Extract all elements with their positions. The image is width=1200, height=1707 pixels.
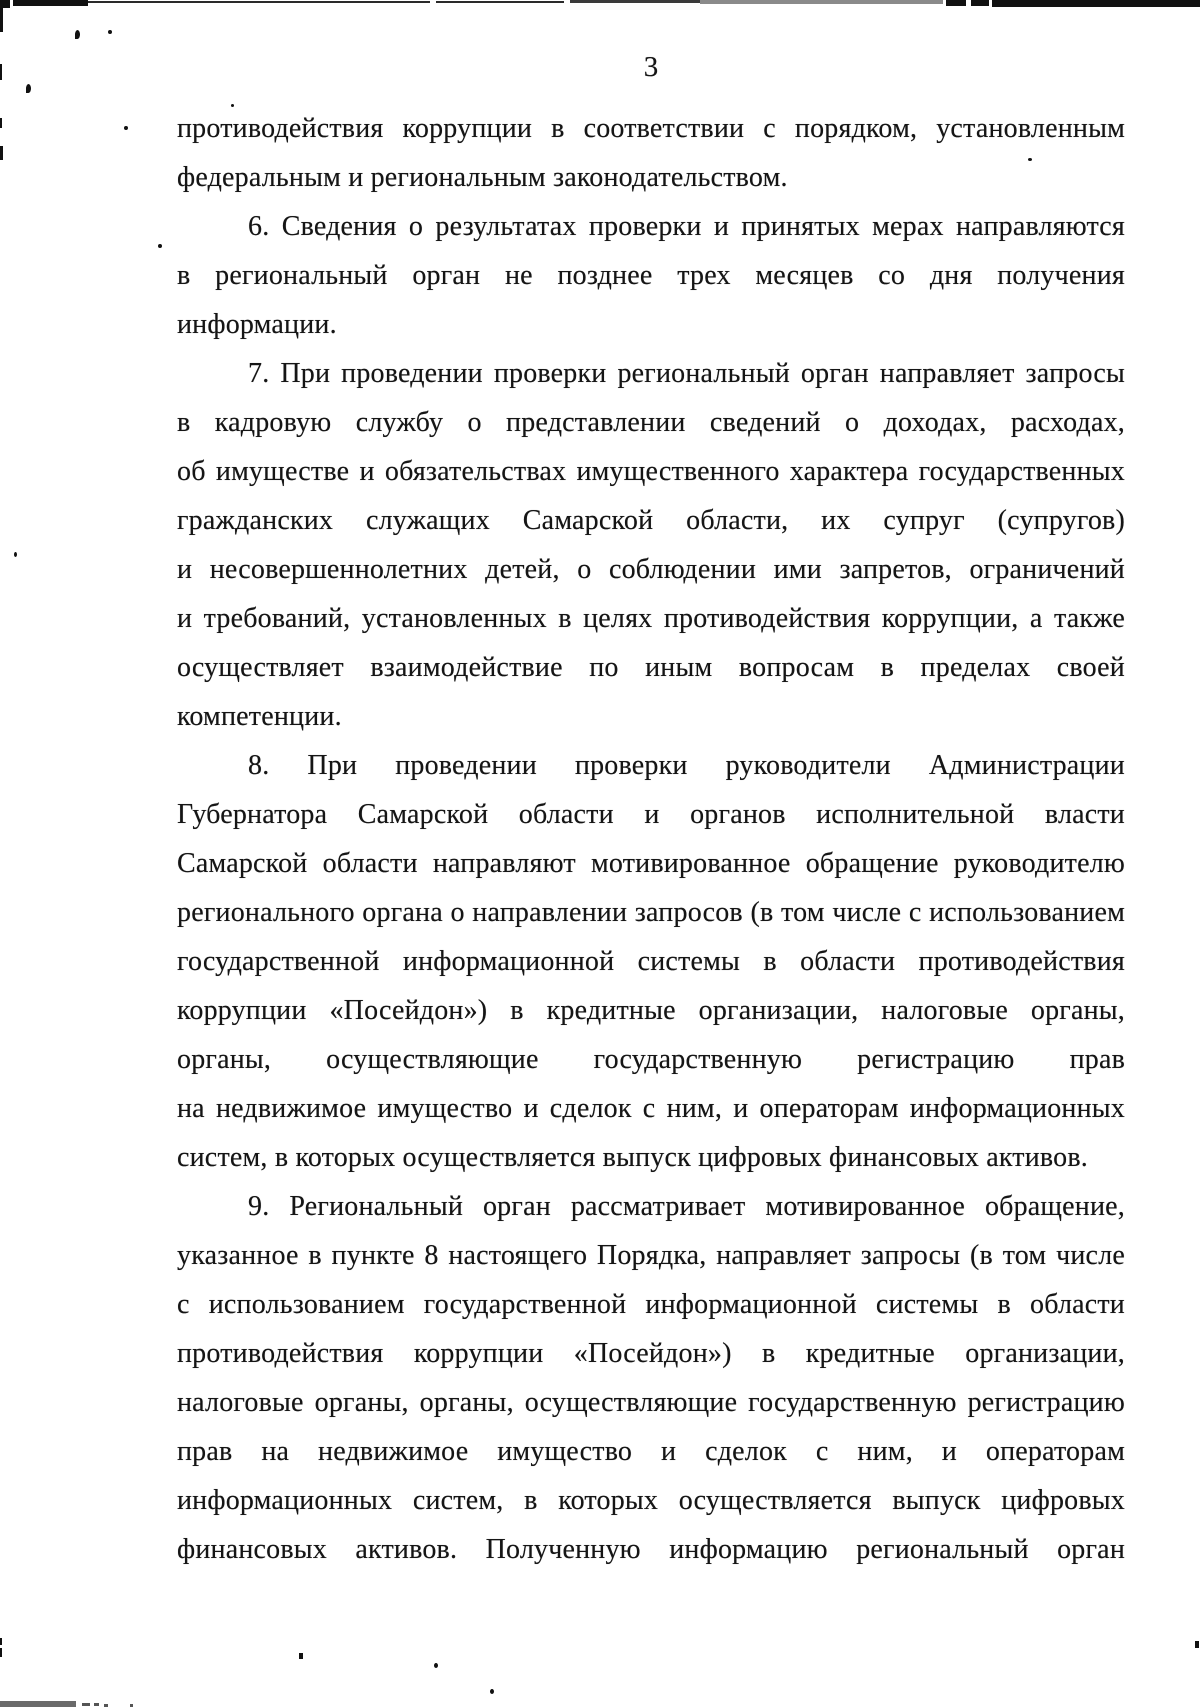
top-edge-scan-line (971, 0, 989, 6)
scan-speck (26, 84, 31, 93)
text-line: на недвижимое имущество и сделок с ним, … (177, 1084, 1125, 1133)
text-line: в кадровую службу о представлении сведен… (177, 398, 1125, 447)
left-edge-scan-mark (0, 118, 2, 128)
text-line: об имуществе и обязательствах имуществен… (177, 447, 1125, 496)
text-line: прав на недвижимое имущество и сделок с … (177, 1427, 1125, 1476)
left-edge-scan-mark (0, 146, 3, 160)
left-edge-scan-mark (0, 1648, 2, 1657)
left-edge-scan-mark (0, 64, 2, 80)
bottom-edge-scan-mark (94, 1703, 99, 1706)
top-edge-scan-line (0, 0, 10, 8)
text-line: информационных систем, в которых осущест… (177, 1476, 1125, 1525)
top-edge-scan-line (570, 0, 700, 3)
text-line: коррупции «Посейдон») в кредитные органи… (177, 986, 1125, 1035)
text-line: Самарской области направляют мотивирован… (177, 839, 1125, 888)
scan-speck (75, 30, 80, 39)
text-line: налоговые органы, органы, осуществляющие… (177, 1378, 1125, 1427)
text-line: противодействия коррупции в соответствии… (177, 104, 1125, 153)
scan-speck (490, 1689, 494, 1694)
scan-speck (299, 1653, 303, 1659)
top-edge-scan-line (700, 0, 943, 4)
text-line: федеральным и региональным законодательс… (177, 153, 1125, 202)
text-line: информации. (177, 300, 1125, 349)
bottom-edge-scan-bar (0, 1701, 76, 1707)
text-line: 9. Региональный орган рассматривает моти… (177, 1182, 1125, 1231)
text-line: с использованием государственной информа… (177, 1280, 1125, 1329)
scan-speck (108, 30, 112, 34)
left-edge-scan-mark (0, 1638, 2, 1645)
text-line: противодействия коррупции «Посейдон») в … (177, 1329, 1125, 1378)
scan-speck (124, 126, 128, 130)
scan-speck (158, 244, 162, 248)
text-line: указанное в пункте 8 настоящего Порядка,… (177, 1231, 1125, 1280)
text-line: гражданских служащих Самарской области, … (177, 496, 1125, 545)
text-line: государственной информационной системы в… (177, 937, 1125, 986)
text-line: 8. При проведении проверки руководители … (177, 741, 1125, 790)
scan-speck (1028, 158, 1032, 161)
text-line: 7. При проведении проверки региональный … (177, 349, 1125, 398)
left-edge-scan-mark (0, 8, 3, 32)
text-line: систем, в которых осуществляется выпуск … (177, 1133, 1125, 1182)
scan-speck (231, 104, 234, 107)
text-line: и несовершеннолетних детей, о соблюдении… (177, 545, 1125, 594)
scanned-document-page: 3 противодействия коррупции в соответств… (0, 0, 1200, 1707)
scan-speck (14, 552, 17, 557)
top-edge-scan-line (992, 0, 1200, 7)
text-line: регионального органа о направлении запро… (177, 888, 1125, 937)
top-edge-scan-line (88, 1, 430, 3)
text-line: 6. Сведения о результатах проверки и при… (177, 202, 1125, 251)
text-line: компетенции. (177, 692, 1125, 741)
page-number: 3 (177, 43, 1125, 92)
document-text-block: противодействия коррупции в соответствии… (177, 104, 1125, 1574)
top-edge-scan-line (436, 1, 564, 3)
top-edge-scan-line (13, 0, 88, 6)
top-edge-scan-line (946, 0, 966, 6)
text-line: осуществляет взаимодействие по иным вопр… (177, 643, 1125, 692)
text-line: финансовых активов. Полученную информаци… (177, 1525, 1125, 1574)
text-line: Губернатора Самарской области и органов … (177, 790, 1125, 839)
text-line: органы, осуществляющие государственную р… (177, 1035, 1125, 1084)
scan-speck (434, 1663, 438, 1668)
text-line: в региональный орган не позднее трех мес… (177, 251, 1125, 300)
text-line: и требований, установленных в целях прот… (177, 594, 1125, 643)
scan-speck (1195, 1641, 1199, 1648)
bottom-edge-scan-mark (82, 1703, 90, 1706)
